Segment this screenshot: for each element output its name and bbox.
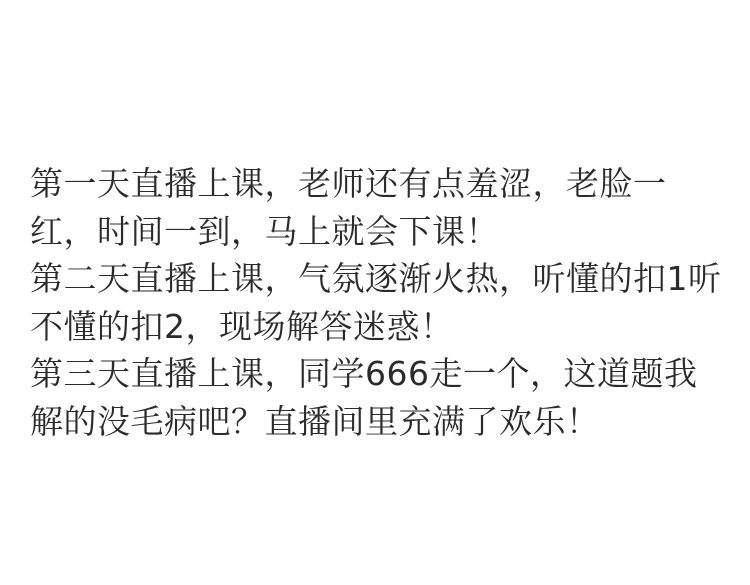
text-line: 第三天直播上课，同学666走一个，这道题我 — [30, 350, 730, 398]
text-line: 不懂的扣2，现场解答迷惑！ — [30, 303, 730, 351]
paragraph-day-2: 第二天直播上课，气氛逐渐火热，听懂的扣1听 不懂的扣2，现场解答迷惑！ — [30, 255, 730, 350]
paragraph-day-3: 第三天直播上课，同学666走一个，这道题我 解的没毛病吧？直播间里充满了欢乐！ — [30, 350, 730, 445]
text-line: 第二天直播上课，气氛逐渐火热，听懂的扣1听 — [30, 255, 730, 303]
text-line: 解的没毛病吧？直播间里充满了欢乐！ — [30, 398, 730, 446]
paragraph-day-1: 第一天直播上课，老师还有点羞涩，老脸一 红，时间一到，马上就会下课！ — [30, 160, 730, 255]
text-body: 第一天直播上课，老师还有点羞涩，老脸一 红，时间一到，马上就会下课！ 第二天直播… — [30, 160, 730, 445]
text-line: 第一天直播上课，老师还有点羞涩，老脸一 — [30, 160, 730, 208]
text-line: 红，时间一到，马上就会下课！ — [30, 208, 730, 256]
